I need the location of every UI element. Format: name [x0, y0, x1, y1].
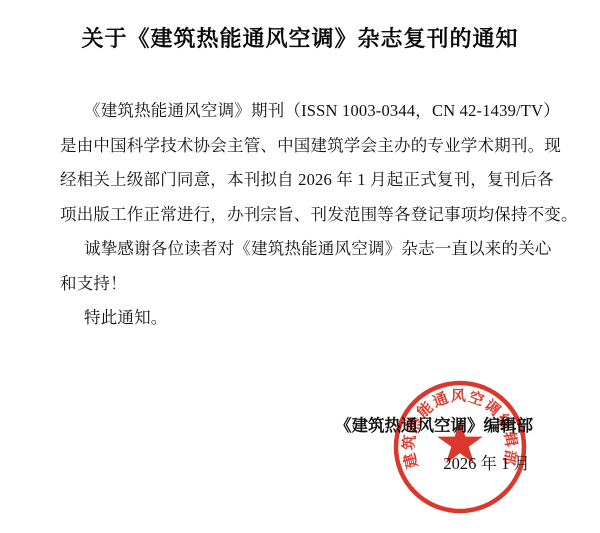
body-line: 特此通知。 [60, 301, 565, 336]
body-line: 《建筑热能通风空调》期刊（ISSN 1003-0344，CN 42-1439/T… [60, 94, 565, 129]
body-line: 诚挚感谢各位读者对《建筑热能通风空调》杂志一直以来的关心 [60, 232, 565, 267]
star-icon [437, 420, 483, 463]
notice-body: 《建筑热能通风空调》期刊（ISSN 1003-0344，CN 42-1439/T… [60, 94, 565, 336]
notice-document: 关于《建筑热能通风空调》杂志复刊的通知 《建筑热能通风空调》期刊（ISSN 10… [0, 0, 600, 533]
body-line: 经相关上级部门同意，本刊拟自 2026 年 1 月起正式复刊，复刊后各 [60, 163, 565, 198]
body-line: 是由中国科学技术协会主管、中国建筑学会主办的专业学术期刊。现 [60, 129, 565, 164]
page-title: 关于《建筑热能通风空调》杂志复刊的通知 [0, 22, 600, 53]
editorial-dept-seal: 建筑热能通风空调编辑部 [385, 372, 535, 522]
body-line: 项出版工作正常进行，办刊宗旨、刊发范围等各登记事项均保持不变。 [60, 198, 565, 233]
body-line: 和支持！ [60, 267, 565, 302]
